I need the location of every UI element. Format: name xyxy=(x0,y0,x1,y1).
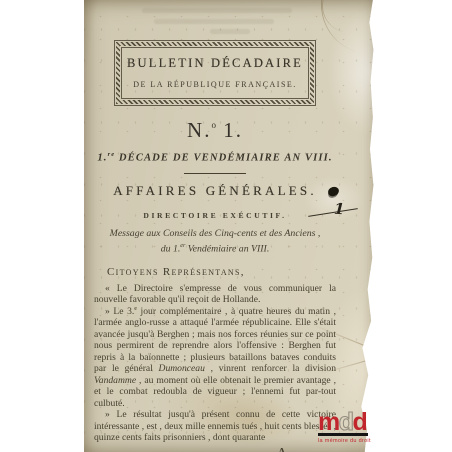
issue-prefix: N. xyxy=(187,118,211,142)
decade-num: 1. xyxy=(97,153,107,164)
masthead-title: BULLETIN DÉCADAIRE xyxy=(125,56,305,71)
body-paragraph-1: « Le Directoire s'empresse de vous commu… xyxy=(94,283,336,306)
mdd-letter-m: m xyxy=(318,408,339,436)
issue-value: 1. xyxy=(223,118,243,142)
issue-number: N.o 1. xyxy=(94,118,336,143)
masthead-subtitle: DE LA RÉPUBLIQUE FRANÇAISE. xyxy=(125,80,305,89)
message-line2-end: Vendémiaire an VIII. xyxy=(185,243,269,254)
p2-start: » Le 3. xyxy=(105,306,134,317)
masthead-core: BULLETIN DÉCADAIRE DE LA RÉPUBLIQUE FRAN… xyxy=(121,47,309,99)
decade-text: DÉCADE DE VENDÉMIAIRE AN VIII. xyxy=(115,153,332,164)
message-heading: Message aux Conseils des Cinq-cents et d… xyxy=(94,228,336,256)
section-title-affaires-generales: AFFAIRES GÉNÉRALES. xyxy=(94,183,336,199)
mdd-letter-d-outline: d xyxy=(339,408,353,436)
division-name-vandamme: Vandamme xyxy=(94,375,136,386)
issue-ordinal: o xyxy=(211,120,216,130)
body-text: « Le Directoire s'empresse de vous commu… xyxy=(94,283,336,444)
printed-text-area: BULLETIN DÉCADAIRE DE LA RÉPUBLIQUE FRAN… xyxy=(94,0,336,452)
body-paragraph-3: » Le résultat jusqu'à présent connu de c… xyxy=(94,409,336,444)
general-name-dumonceau: Dumonceau xyxy=(159,363,205,374)
mdd-watermark: mdd la mémoire du droit xyxy=(318,411,368,444)
mdd-letter-d: d xyxy=(353,408,367,436)
section-divider xyxy=(184,173,246,174)
handwritten-numeral: 1 xyxy=(334,200,345,219)
subsection-title-directoire-executif: DIRECTOIRE EXÉCUTIF. xyxy=(94,211,336,220)
masthead-border-box: BULLETIN DÉCADAIRE DE LA RÉPUBLIQUE FRAN… xyxy=(114,40,316,106)
message-line2-start: du 1. xyxy=(161,243,181,254)
masthead-ornament-border: BULLETIN DÉCADAIRE DE LA RÉPUBLIQUE FRAN… xyxy=(116,42,314,104)
message-line1: Message aux Conseils des Cinq-cents et d… xyxy=(110,228,321,239)
ink-blot xyxy=(327,186,340,197)
mdd-tagline: la mémoire du droit xyxy=(318,438,368,444)
signature-mark: A xyxy=(278,447,336,452)
decade-heading: 1.re DÉCADE DE VENDÉMIAIRE AN VIII. xyxy=(94,151,336,164)
document-page: BULLETIN DÉCADAIRE DE LA RÉPUBLIQUE FRAN… xyxy=(84,0,374,452)
body-paragraph-2: » Le 3.e jour complémentaire , à quatre … xyxy=(94,306,336,410)
salutation: Citoyens Représentans, xyxy=(107,266,336,278)
mdd-letters: mdd xyxy=(318,411,368,433)
photo-backdrop: BULLETIN DÉCADAIRE DE LA RÉPUBLIQUE FRAN… xyxy=(0,0,452,452)
p2-middle-2: , vinrent renforcer la division xyxy=(205,363,336,374)
